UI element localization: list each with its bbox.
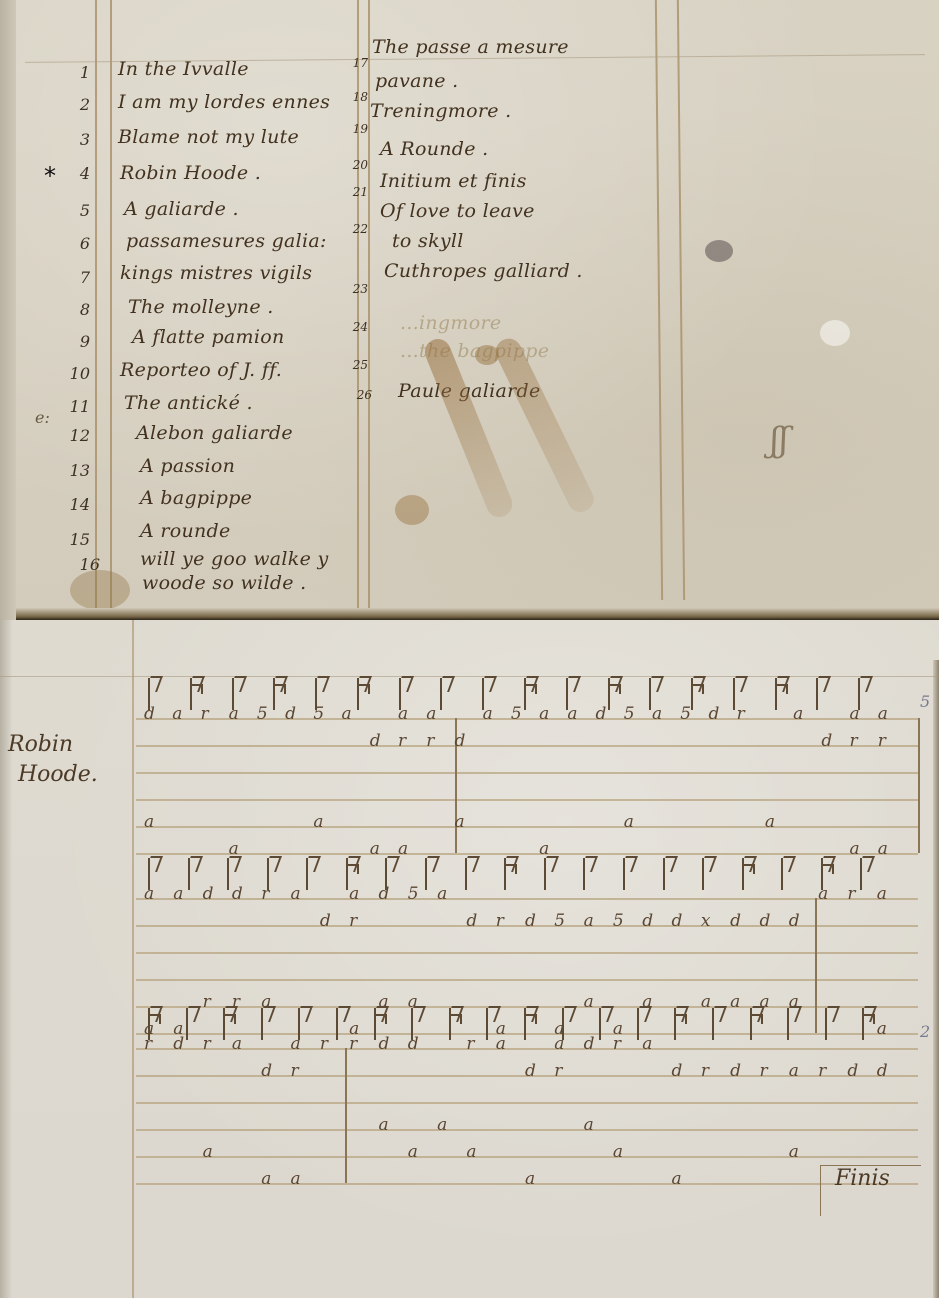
staff-line (136, 952, 918, 954)
entry-title: kings mistres vigils (120, 262, 312, 284)
tab-letter: r (759, 1063, 767, 1080)
margin-mark: e: (35, 408, 50, 427)
tab-letter: x (701, 913, 711, 930)
rhythm-flag-double (355, 674, 373, 710)
tab-letter: 5 (511, 706, 522, 723)
rhythm-flag (621, 854, 639, 890)
tab-letter: r (466, 1036, 474, 1053)
tab-letter: r (320, 1036, 328, 1053)
column-rule (677, 0, 685, 600)
tab-letter: a (342, 706, 352, 723)
rhythm-flag (785, 1004, 803, 1040)
tab-letter: a (567, 706, 577, 723)
rhythm-flag (700, 854, 718, 890)
entry-title: Initium et finis (380, 170, 527, 192)
tab-letter: r (613, 1036, 621, 1053)
tab-letter: a (584, 913, 594, 930)
entry-title: passamesures galia: (126, 230, 327, 252)
tab-letter: 5 (257, 706, 268, 723)
tab-letter: r (496, 913, 504, 930)
rhythm-flag-double (740, 854, 758, 890)
entry-number: 22 (338, 222, 368, 236)
rhythm-flag (814, 674, 832, 710)
entry-title: A galiarde . (124, 198, 239, 220)
tab-letter: 5 (554, 913, 565, 930)
tab-letter: a (437, 1117, 447, 1134)
system-margin-number: 5 (920, 692, 930, 711)
staff-line (136, 1129, 918, 1131)
tab-letter: r (349, 1036, 357, 1053)
tab-letter: a (672, 1171, 682, 1188)
marker-asterisk: * (44, 162, 56, 190)
margin-rule (132, 620, 134, 1298)
entry-number: 7 (60, 268, 90, 287)
staff-line (136, 1102, 918, 1104)
rhythm-flag (823, 1004, 841, 1040)
staff-line (136, 826, 918, 828)
tab-letter: r (737, 706, 745, 723)
tab-letter: r (850, 733, 858, 750)
rhythm-flag (581, 854, 599, 890)
tab-letter: a (878, 706, 888, 723)
rhythm-flag (463, 854, 481, 890)
entry-title: pavane . (375, 70, 459, 92)
entry-title: The antické . (124, 392, 253, 414)
entry-number: 12 (60, 426, 90, 445)
top-rule (0, 676, 939, 677)
staff-line (136, 853, 918, 855)
tab-letter: a (426, 706, 436, 723)
entry-title: Alebon galiarde (136, 422, 293, 444)
entry-number: 1 (60, 63, 90, 82)
entry-number: 14 (60, 495, 90, 514)
tab-letter: a (466, 1144, 476, 1161)
tablature-page: Robin Hoode. daaraa5d5aadaaraardaa5aaad5… (0, 620, 939, 1298)
rhythm-flag (184, 1004, 202, 1040)
tab-letter: d (466, 913, 477, 930)
entry-title: The passe a mesure (372, 36, 569, 58)
tab-letter: d (877, 1063, 888, 1080)
tab-letter: a (437, 886, 447, 903)
entry-number: 5 (60, 201, 90, 220)
tab-letter: a (232, 1036, 242, 1053)
rhythm-flag-double (522, 1004, 540, 1040)
entry-number: 19 (338, 122, 368, 136)
tab-letter: r (878, 733, 886, 750)
tab-letter: a (818, 886, 828, 903)
entry-title: I am my lordes ennes (118, 91, 330, 113)
tab-letter: d (370, 733, 381, 750)
entry-title: Of love to leave (380, 200, 535, 222)
light-spot (820, 320, 850, 346)
barline (918, 718, 920, 853)
tab-letter: r (291, 1063, 299, 1080)
tab-letter: a (408, 1144, 418, 1161)
tab-letter: 5 (613, 913, 624, 930)
staff-line (136, 979, 918, 981)
rhythm-flag (661, 854, 679, 890)
entry-number: 9 (60, 332, 90, 351)
water-stain (395, 495, 429, 525)
tab-letter: r (398, 733, 406, 750)
tab-letter: r (200, 706, 208, 723)
entry-number: 24 (338, 320, 368, 334)
entry-title-continued: to skyll (392, 230, 464, 252)
page-edge (933, 660, 939, 1298)
tab-letter: 5 (624, 706, 635, 723)
entry-title-continued: woode so wilde . (142, 572, 307, 594)
tab-letter: a (789, 1063, 799, 1080)
entry-number: 17 (338, 56, 368, 70)
tab-letter: a (370, 841, 380, 858)
entry-title: A rounde (140, 520, 231, 542)
tab-letter: r (144, 1036, 152, 1053)
entry-title: Cuthropes galliard . (384, 260, 583, 282)
tab-letter: r (818, 1063, 826, 1080)
index-page: * e: 1 In the Ivvalle 2 I am my lordes e… (0, 0, 939, 620)
rhythm-flag (438, 674, 456, 710)
tab-letter: r (847, 886, 855, 903)
tab-letter: d (525, 913, 536, 930)
tab-letter: d (261, 1063, 272, 1080)
tab-letter: d (642, 913, 653, 930)
staff-line (136, 898, 918, 900)
entry-title: A bagpippe (140, 487, 252, 509)
entry-number: 25 (338, 358, 368, 372)
entry-number: 15 (60, 530, 90, 549)
tab-letter: d (596, 706, 607, 723)
staff-line (136, 799, 918, 801)
entry-title: The molleyne . (128, 296, 274, 318)
tab-letter: a (349, 886, 359, 903)
entry-number: 2 (60, 95, 90, 114)
entry-number: 10 (60, 364, 90, 383)
tab-letter: a (793, 706, 803, 723)
barline (815, 898, 817, 1033)
rhythm-flag-double (748, 1004, 766, 1040)
rhythm-flag (259, 1004, 277, 1040)
tab-letter: a (203, 1144, 213, 1161)
staff-line (136, 745, 918, 747)
tab-letter: a (850, 706, 860, 723)
rhythm-flag-double (773, 674, 791, 710)
barline (345, 1048, 347, 1183)
entry-title: Blame not my lute (118, 126, 299, 148)
entry-number: 11 (60, 397, 90, 416)
rhythm-flag (858, 854, 876, 890)
tab-letter: a (642, 1036, 652, 1053)
entry-number: 6 (60, 234, 90, 253)
entry-number: 26 (342, 388, 372, 402)
tab-letter: d (454, 733, 465, 750)
tab-letter: a (584, 994, 594, 1011)
tab-letter: a (291, 1036, 301, 1053)
tab-letter: a (624, 814, 634, 831)
system-margin-number: 2 (920, 1022, 930, 1041)
tab-letter: d (821, 733, 832, 750)
tab-letter: d (525, 1063, 536, 1080)
corner-stain (70, 570, 130, 610)
tab-letter: a (144, 886, 154, 903)
tab-letter: a (584, 1117, 594, 1134)
page-gutter (0, 620, 12, 1298)
tab-letter: d (408, 1036, 419, 1053)
entry-number: 3 (60, 130, 90, 149)
tab-letter: r (701, 1063, 709, 1080)
tab-letter: r (349, 913, 357, 930)
staff-line (136, 772, 918, 774)
tab-letter: a (877, 886, 887, 903)
entry-title: In the Ivvalle (118, 58, 249, 80)
entry-title: A flatte pamion (132, 326, 285, 348)
tab-letter: a (789, 1144, 799, 1161)
rhythm-flag-double (606, 674, 624, 710)
rhythm-flag (710, 1004, 728, 1040)
entry-title: A Rounde . (380, 138, 488, 160)
page-edge (0, 0, 16, 620)
finis-label: Finis (835, 1166, 890, 1191)
piece-title-line: Hoode. (8, 760, 98, 790)
rhythm-flag (779, 854, 797, 890)
tab-letter: d (672, 1063, 683, 1080)
tab-letter: r (554, 1063, 562, 1080)
tab-letter: a (525, 1171, 535, 1188)
staff-line (136, 1156, 918, 1158)
entry-title: will ye goo walke y (140, 548, 329, 570)
tab-letter: d (672, 913, 683, 930)
tab-letter: d (285, 706, 296, 723)
tab-letter: a (496, 1036, 506, 1053)
tab-letter: a (172, 706, 182, 723)
water-stain (475, 345, 499, 365)
tab-letter: a (291, 886, 301, 903)
column-rule (655, 0, 663, 600)
tab-letter: a (378, 1117, 388, 1134)
tab-letter: r (426, 733, 434, 750)
tab-letter: a (229, 706, 239, 723)
tab-letter: a (554, 1036, 564, 1053)
staff-line (136, 1048, 918, 1050)
tab-letter: a (652, 706, 662, 723)
entry-number: 8 (60, 300, 90, 319)
rhythm-flag-double (860, 1004, 878, 1040)
entry-number: 21 (338, 185, 368, 199)
rhythm-flag-double (672, 1004, 690, 1040)
entry-number: 4 (60, 164, 90, 183)
column-rule (368, 0, 370, 610)
faded-entry: ...ingmore (400, 312, 501, 334)
tab-letter: d (203, 886, 214, 903)
tab-letter: a (173, 886, 183, 903)
tab-letter: a (313, 814, 323, 831)
tab-letter: 5 (408, 886, 419, 903)
tab-letter: r (203, 994, 211, 1011)
rhythm-flag-double (502, 854, 520, 890)
pen-scribble: ʃʃ (770, 420, 788, 460)
tab-letter: a (144, 814, 154, 831)
tab-letter: a (398, 706, 408, 723)
tab-letter: d (232, 886, 243, 903)
entry-title: A passion (140, 455, 235, 477)
piece-title: Robin Hoode. (8, 730, 98, 790)
rhythm-flag (542, 854, 560, 890)
rhythm-flag (186, 854, 204, 890)
rhythm-flag (304, 854, 322, 890)
tab-letter: d (847, 1063, 858, 1080)
tab-letter: d (144, 706, 155, 723)
entry-title: Robin Hoode . (120, 162, 261, 184)
margin-rule (95, 0, 97, 610)
tab-letter: d (730, 913, 741, 930)
tab-letter: a (291, 1171, 301, 1188)
entry-number: 13 (60, 461, 90, 480)
piece-title-line: Robin (8, 730, 98, 760)
tab-letter: a (539, 706, 549, 723)
tab-letter: 5 (313, 706, 324, 723)
tab-letter: r (203, 1036, 211, 1053)
margin-rule (110, 0, 112, 610)
entry-title: Reporteo of J. ff. (120, 359, 282, 381)
rhythm-flag-double (522, 674, 540, 710)
tab-letter: d (584, 1036, 595, 1053)
rhythm-flag-double (689, 674, 707, 710)
tab-letter: a (878, 841, 888, 858)
tab-letter: d (789, 913, 800, 930)
rhythm-flag-double (447, 1004, 465, 1040)
tab-letter: a (483, 706, 493, 723)
page-bottom-edge (16, 608, 939, 620)
tab-letter: r (261, 886, 269, 903)
tab-letter: a (613, 1144, 623, 1161)
entry-number: 18 (338, 90, 368, 104)
tab-letter: d (320, 913, 331, 930)
entry-number: 20 (338, 158, 368, 172)
ink-blot (705, 240, 733, 262)
tab-letter: d (378, 1036, 389, 1053)
entry-number: 23 (338, 282, 368, 296)
entry-title: Treningmore . (370, 100, 511, 122)
tab-letter: d (378, 886, 389, 903)
tab-letter: d (708, 706, 719, 723)
tab-letter: d (730, 1063, 741, 1080)
tab-letter: d (173, 1036, 184, 1053)
tab-letter: 5 (680, 706, 691, 723)
tab-letter: a (261, 1171, 271, 1188)
tab-letter: d (759, 913, 770, 930)
tab-letter: a (730, 994, 740, 1011)
tab-letter: a (454, 814, 464, 831)
tab-letter: a (765, 814, 775, 831)
